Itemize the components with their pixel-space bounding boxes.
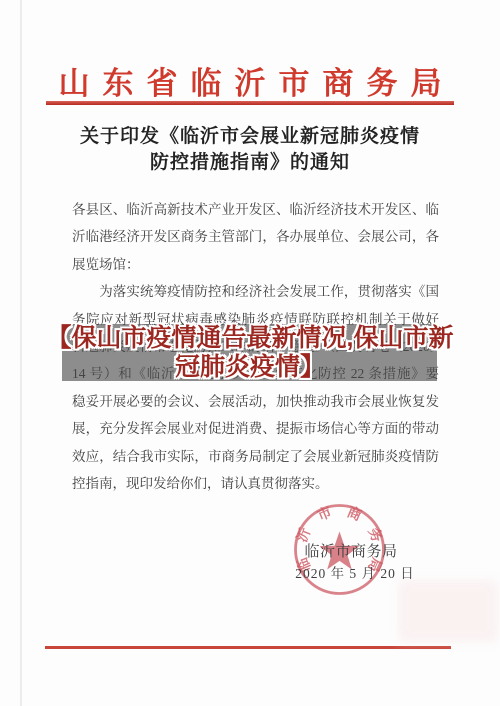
seal-issuer-name: 临沂市商务局 — [286, 540, 416, 561]
red-rule-bottom — [45, 646, 451, 649]
body-line: 展，充分发挥会展业对促进消费、提振市场信心等方面的带动 — [72, 415, 439, 442]
document-title-line-2: 防控措施指南》的通知 — [0, 150, 500, 176]
scan-edge-line — [20, 0, 22, 706]
body-line: 各县区、临沂高新技术产业开发区、临沂经济技术开发区、临 — [72, 196, 439, 223]
seal-date: 2020 年 5 月 20 日 — [285, 562, 425, 582]
document-title-line-1: 关于印发《临沂市会展业新冠肺炎疫情 — [0, 124, 500, 150]
body-line: 稳妥开展必要的会议、会展活动，加快推动我市会展业恢复发 — [72, 388, 439, 415]
watermark-caption: 【保山市疫情通告最新情况,保山市新 冠肺炎疫情】 — [40, 324, 460, 382]
watermark-line-2: 冠肺炎疫情】 — [40, 353, 460, 382]
body-line: 沂临港经济开发区商务主管部门，各办展单位、会展公司，各 — [72, 223, 439, 250]
body-line: 控指南，现印发给你们，请认真贯彻落实。 — [72, 470, 439, 497]
body-line: 展览场馆： — [72, 251, 439, 278]
scan-smudge — [398, 580, 498, 642]
body-line: 效应，结合我市实际，市商务局制定了会展业新冠肺炎疫情防 — [72, 443, 439, 470]
watermark-line-1: 【保山市疫情通告最新情况,保山市新 — [40, 324, 460, 353]
document-title: 关于印发《临沂市会展业新冠肺炎疫情 防控措施指南》的通知 — [0, 124, 500, 176]
scanned-notice-page: 山东省临沂市商务局 关于印发《临沂市会展业新冠肺炎疫情 防控措施指南》的通知 各… — [0, 0, 500, 706]
red-rule-top — [46, 101, 454, 105]
body-line: 为落实统筹疫情防控和经济社会发展工作，贯彻落实《国 — [72, 278, 439, 305]
agency-header: 山东省临沂市商务局 — [0, 58, 500, 103]
